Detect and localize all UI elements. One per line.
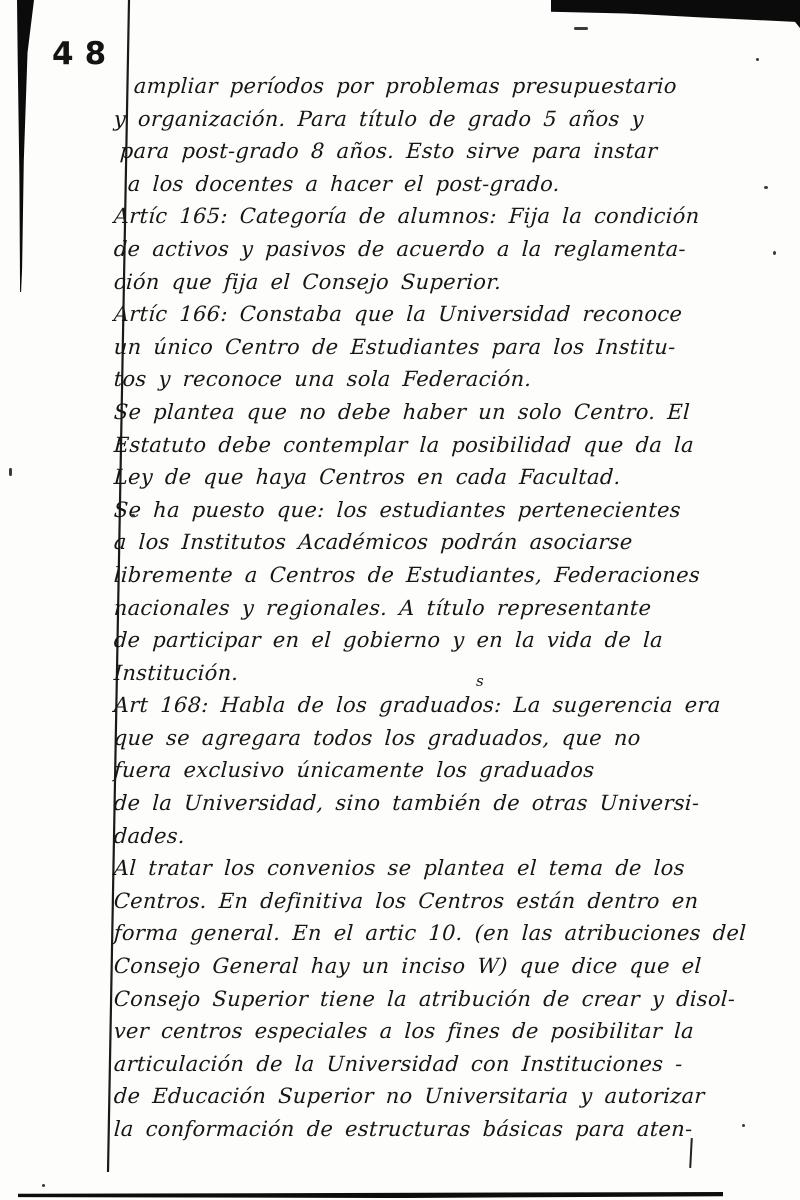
handwritten-line: Artíc 165: Categoría de alumnos: Fija la…: [113, 200, 770, 233]
noise-speck: [764, 186, 768, 189]
handwritten-line: que se agregara todos los graduados, que…: [113, 722, 770, 755]
handwritten-line: a los docentes a hacer el post-grado.: [113, 168, 770, 201]
handwritten-line: Se ha puesto que: los estudiantes perten…: [113, 494, 770, 527]
handwritten-line: de activos y pasivos de acuerdo a la reg…: [113, 233, 770, 266]
noise-speck: [131, 514, 135, 517]
handwritten-line: fuera exclusivo únicamente los graduados: [113, 754, 770, 787]
handwritten-line: Se plantea que no debe haber un solo Cen…: [113, 396, 770, 429]
handwritten-line: Artíc 166: Constaba que la Universidad r…: [113, 298, 770, 331]
handwritten-line: para post-grado 8 años. Esto sirve para …: [113, 135, 770, 168]
noise-speck: [574, 27, 588, 30]
handwritten-line: nacionales y regionales. A título repres…: [113, 592, 770, 625]
handwritten-line: Art 168: Habla de los graduados: La suge…: [113, 689, 770, 722]
scanned-document-page: 48 ampliar períodos por problemas presup…: [0, 0, 800, 1200]
handwritten-line: a los Institutos Académicos podrán asoci…: [113, 526, 770, 559]
handwritten-line: Consejo General hay un inciso W) que dic…: [113, 950, 770, 983]
noise-speck: [773, 251, 776, 255]
handwritten-line: ampliar períodos por problemas presupues…: [113, 70, 770, 103]
handwritten-text-block: ampliar períodos por problemas presupues…: [113, 70, 768, 1146]
handwritten-line: ver centros especiales a los fines de po…: [113, 1015, 770, 1048]
handwritten-line: Al tratar los convenios se plantea el te…: [113, 852, 770, 885]
noise-speck: [9, 468, 12, 476]
handwritten-line: la conformación de estructuras básicas p…: [113, 1113, 770, 1146]
handwritten-line: de participar en el gobierno y en la vid…: [113, 624, 770, 657]
handwritten-line: articulación de la Universidad con Insti…: [113, 1048, 770, 1081]
page-number: 48: [52, 36, 117, 72]
handwritten-line: de la Universidad, sino también de otras…: [113, 787, 770, 820]
handwritten-line: un único Centro de Estudiantes para los …: [113, 331, 770, 364]
handwritten-line: forma general. En el artic 10. (en las a…: [113, 917, 770, 950]
handwritten-line: Centros. En definitiva los Centros están…: [113, 885, 770, 918]
noise-speck: [756, 58, 759, 61]
handwritten-line: tos y reconoce una sola Federación.: [113, 363, 770, 396]
handwritten-line: dades.: [113, 820, 770, 853]
handwritten-line: Consejo Superior tiene la atribución de …: [113, 983, 770, 1016]
handwritten-line: Ley de que haya Centros en cada Facultad…: [113, 461, 770, 494]
handwritten-line: libremente a Centros de Estudiantes, Fed…: [113, 559, 770, 592]
noise-speck: [742, 1124, 745, 1127]
handwritten-line: ción que fija el Consejo Superior.: [113, 266, 770, 299]
handwritten-line: Estatuto debe contemplar la posibilidad …: [113, 429, 770, 462]
noise-speck: [42, 1184, 45, 1187]
handwritten-line: de Educación Superior no Universitaria y…: [113, 1080, 770, 1113]
handwritten-insertion-mark: s: [476, 672, 484, 690]
handwritten-line: Institución.: [113, 657, 770, 690]
handwritten-line: y organización. Para título de grado 5 a…: [113, 103, 770, 136]
